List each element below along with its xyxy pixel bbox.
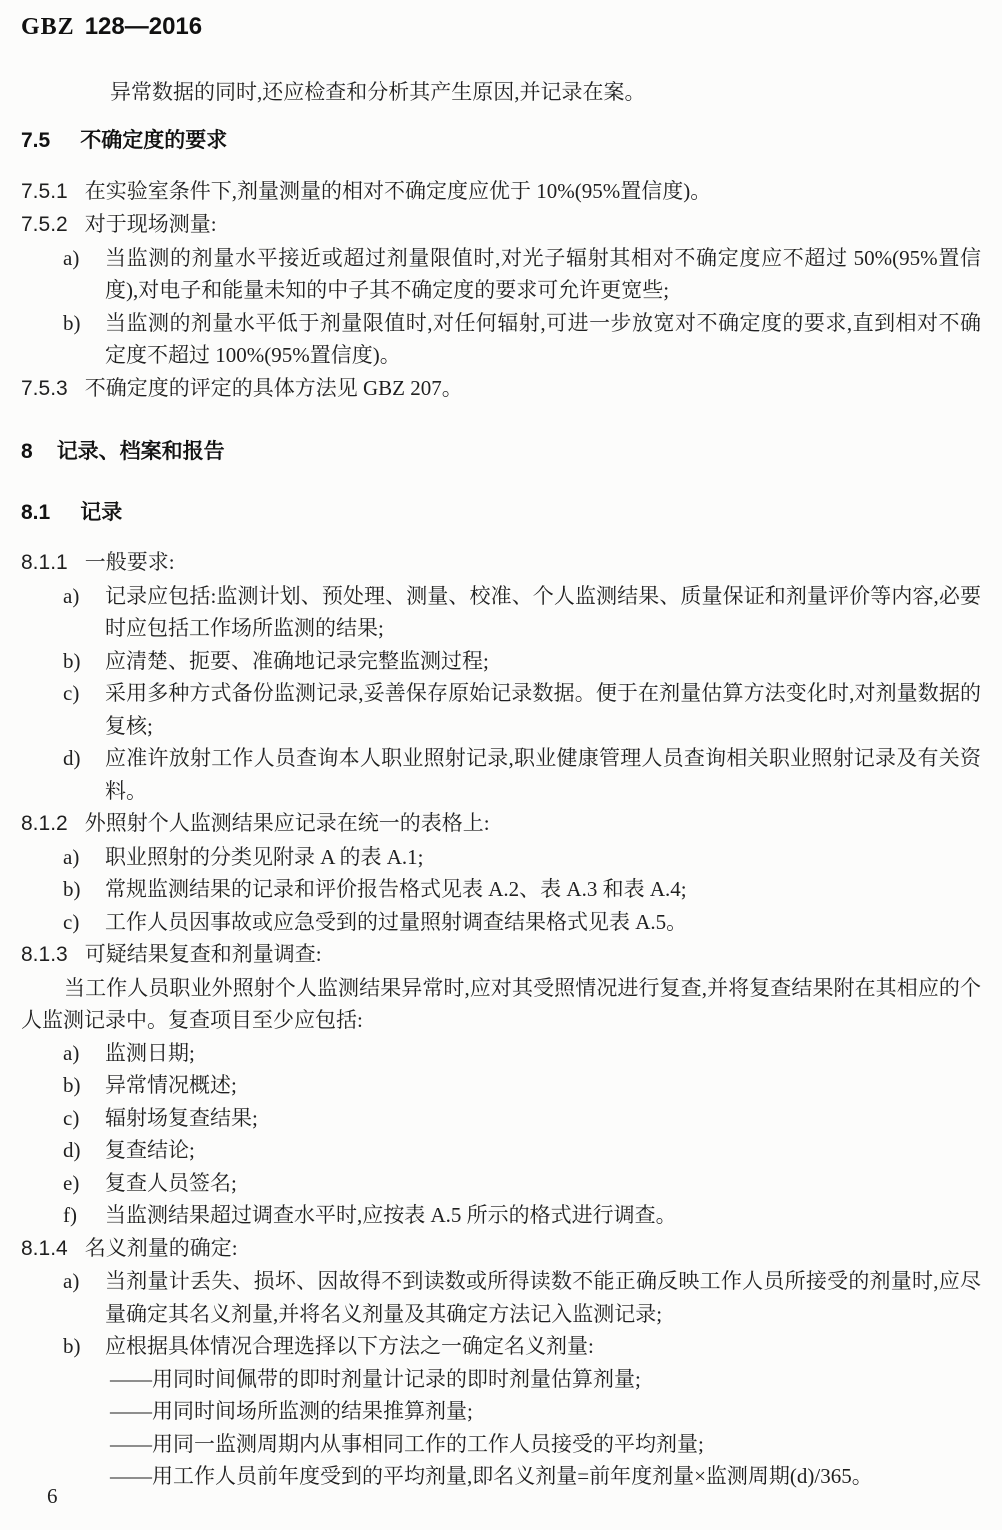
list-label: e)	[63, 1167, 79, 1200]
list-label: b)	[63, 307, 81, 340]
list-item: c)采用多种方式备份监测记录,妥善保存原始记录数据。便于在剂量估算方法变化时,对…	[105, 677, 981, 742]
clause-number: 8.1.1	[21, 551, 68, 574]
clause-number: 8.1.2	[21, 812, 68, 835]
list-item: e)复查人员签名;	[105, 1167, 981, 1200]
clause-number: 7.5	[21, 129, 50, 152]
list-item: b)异常情况概述;	[105, 1069, 981, 1102]
clause-number: 7.5.3	[21, 377, 68, 400]
dash-item: ——用工作人员前年度受到的平均剂量,即名义剂量=前年度剂量×监测周期(d)/36…	[110, 1460, 981, 1493]
list-label: b)	[63, 645, 81, 678]
text: 名义剂量的确定:	[85, 1236, 238, 1260]
clause-number: 7.5.2	[21, 213, 68, 236]
list-label: b)	[63, 1069, 81, 1102]
clause-8.1.4: 8.1.4名义剂量的确定:	[21, 1232, 981, 1266]
list-item: a)当监测的剂量水平接近或超过剂量限值时,对光子辐射其相对不确定度应不超过 50…	[105, 242, 981, 307]
dash-item: ——用同时间佩带的即时剂量计记录的即时剂量估算剂量;	[110, 1363, 981, 1396]
text: 监测日期;	[105, 1041, 195, 1065]
text: 异常情况概述;	[105, 1073, 237, 1097]
list-label: a)	[63, 1037, 79, 1070]
list-label: b)	[63, 1330, 81, 1363]
text: 当监测的剂量水平接近或超过剂量限值时,对光子辐射其相对不确定度应不超过 50%(…	[105, 246, 981, 303]
text: 记录	[80, 501, 122, 524]
clause-7.5.3: 7.5.3不确定度的评定的具体方法见 GBZ 207。	[21, 372, 981, 406]
list-label: a)	[63, 242, 79, 275]
list-item: a)记录应包括:监测计划、预处理、测量、校准、个人监测结果、质量保证和剂量评价等…	[105, 580, 981, 645]
subsection-heading-7.5: 7.5不确定度的要求	[21, 125, 981, 158]
clause-8.1.3: 8.1.3可疑结果复查和剂量调查:	[21, 938, 981, 972]
list-label: b)	[63, 873, 81, 906]
text: 一般要求:	[85, 550, 175, 574]
clause-number: 8	[21, 440, 33, 463]
list-label: d)	[63, 1134, 81, 1167]
list-item: d)应准许放射工作人员查询本人职业照射记录,职业健康管理人员查询相关职业照射记录…	[105, 742, 981, 807]
text: 可疑结果复查和剂量调查:	[85, 942, 322, 966]
text: ——用同时间佩带的即时剂量计记录的即时剂量估算剂量;	[110, 1367, 641, 1391]
text: 当工作人员职业外照射个人监测结果异常时,应对其受照情况进行复查,并将复查结果附在…	[21, 976, 981, 1033]
document-page: GBZ128—2016 异常数据的同时,还应检查和分析其产生原因,并记录在案。7…	[0, 0, 1002, 1530]
list-label: c)	[63, 1102, 79, 1135]
text: 应根据具体情况合理选择以下方法之一确定名义剂量:	[105, 1334, 594, 1358]
text: 记录、档案和报告	[57, 440, 225, 463]
text: 复查人员签名;	[105, 1171, 237, 1195]
list-item: f)当监测结果超过调查水平时,应按表 A.5 所示的格式进行调查。	[105, 1199, 981, 1232]
list-item: b)应清楚、扼要、准确地记录完整监测过程;	[105, 645, 981, 678]
dash-item: ——用同一监测周期内从事相同工作的工作人员接受的平均剂量;	[110, 1428, 981, 1461]
text: 职业照射的分类见附录 A 的表 A.1;	[105, 845, 424, 869]
list-label: c)	[63, 677, 79, 710]
section-heading-8: 8记录、档案和报告	[21, 436, 981, 469]
list-label: f)	[63, 1199, 77, 1232]
text: 异常数据的同时,还应检查和分析其产生原因,并记录在案。	[110, 80, 646, 104]
list-item: c)工作人员因事故或应急受到的过量照射调查结果格式见表 A.5。	[105, 906, 981, 939]
text: ——用工作人员前年度受到的平均剂量,即名义剂量=前年度剂量×监测周期(d)/36…	[110, 1464, 873, 1488]
text: 不确定度的要求	[80, 129, 227, 152]
list-label: d)	[63, 742, 81, 775]
text: 在实验室条件下,剂量测量的相对不确定度应优于 10%(95%置信度)。	[85, 179, 711, 203]
list-item: a)职业照射的分类见附录 A 的表 A.1;	[105, 841, 981, 874]
clause-number: 8.1	[21, 501, 50, 524]
text: 辐射场复查结果;	[105, 1106, 258, 1130]
text: 工作人员因事故或应急受到的过量照射调查结果格式见表 A.5。	[105, 910, 687, 934]
list-item: c)辐射场复查结果;	[105, 1102, 981, 1135]
clause-7.5.2: 7.5.2对于现场测量:	[21, 208, 981, 242]
list-item: d)复查结论;	[105, 1134, 981, 1167]
list-item: a)当剂量计丢失、损坏、因故得不到读数或所得读数不能正确反映工作人员所接受的剂量…	[105, 1265, 981, 1330]
text: 常规监测结果的记录和评价报告格式见表 A.2、表 A.3 和表 A.4;	[105, 877, 687, 901]
clause-number: 8.1.3	[21, 943, 68, 966]
text: ——用同时间场所监测的结果推算剂量;	[110, 1399, 473, 1423]
clause-8.1.2: 8.1.2外照射个人监测结果应记录在统一的表格上:	[21, 807, 981, 841]
text: ——用同一监测周期内从事相同工作的工作人员接受的平均剂量;	[110, 1432, 704, 1456]
text: 应清楚、扼要、准确地记录完整监测过程;	[105, 649, 489, 673]
text: 不确定度的评定的具体方法见 GBZ 207。	[85, 376, 463, 400]
text: 对于现场测量:	[85, 212, 217, 236]
clause-7.5.1: 7.5.1在实验室条件下,剂量测量的相对不确定度应优于 10%(95%置信度)。	[21, 175, 981, 209]
list-label: c)	[63, 906, 79, 939]
clause-number: 7.5.1	[21, 180, 68, 203]
list-item: a)监测日期;	[105, 1037, 981, 1070]
continuation-paragraph: 异常数据的同时,还应检查和分析其产生原因,并记录在案。	[110, 76, 981, 109]
text: 当监测的剂量水平低于剂量限值时,对任何辐射,可进一步放宽对不确定度的要求,直到相…	[105, 311, 981, 368]
text: 应准许放射工作人员查询本人职业照射记录,职业健康管理人员查询相关职业照射记录及有…	[105, 746, 981, 803]
clause-number: 8.1.4	[21, 1237, 68, 1260]
list-label: a)	[63, 580, 79, 613]
text: 记录应包括:监测计划、预处理、测量、校准、个人监测结果、质量保证和剂量评价等内容…	[105, 584, 981, 641]
list-item: b)应根据具体情况合理选择以下方法之一确定名义剂量:	[105, 1330, 981, 1363]
page-number: 6	[47, 1484, 58, 1509]
subsection-heading-8.1: 8.1记录	[21, 497, 981, 530]
text: 采用多种方式备份监测记录,妥善保存原始记录数据。便于在剂量估算方法变化时,对剂量…	[105, 681, 981, 738]
list-item: b)常规监测结果的记录和评价报告格式见表 A.2、表 A.3 和表 A.4;	[105, 873, 981, 906]
text: 当监测结果超过调查水平时,应按表 A.5 所示的格式进行调查。	[105, 1203, 677, 1227]
document-body: 异常数据的同时,还应检查和分析其产生原因,并记录在案。7.5不确定度的要求7.5…	[21, 0, 981, 1493]
clause-8.1.1: 8.1.1一般要求:	[21, 546, 981, 580]
list-label: a)	[63, 1265, 79, 1298]
text: 外照射个人监测结果应记录在统一的表格上:	[85, 811, 490, 835]
list-label: a)	[63, 841, 79, 874]
dash-item: ——用同时间场所监测的结果推算剂量;	[110, 1395, 981, 1428]
text: 复查结论;	[105, 1138, 195, 1162]
list-item: b)当监测的剂量水平低于剂量限值时,对任何辐射,可进一步放宽对不确定度的要求,直…	[105, 307, 981, 372]
text: 当剂量计丢失、损坏、因故得不到读数或所得读数不能正确反映工作人员所接受的剂量时,…	[105, 1269, 981, 1326]
paragraph: 当工作人员职业外照射个人监测结果异常时,应对其受照情况进行复查,并将复查结果附在…	[21, 972, 981, 1037]
